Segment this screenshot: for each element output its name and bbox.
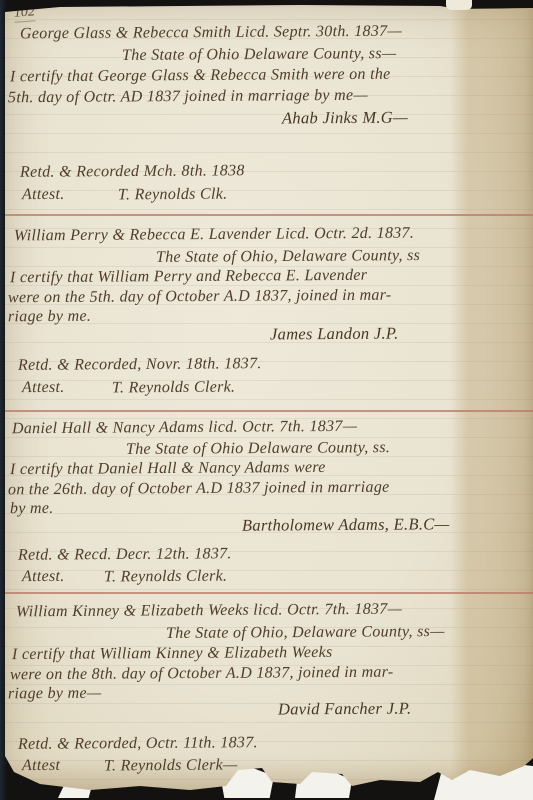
entry-separator-rule (5, 214, 533, 216)
entry-separator-rule (5, 410, 533, 412)
entry-3-attest-label: Attest. (22, 568, 65, 586)
entry-4-state-line: The State of Ohio, Delaware County, ss— (166, 623, 445, 643)
entry-2-signature: James Landon J.P. (270, 324, 399, 345)
entry-3-attest-name: T. Reynolds Clerk. (104, 568, 227, 587)
entry-4-attest-label: Attest (22, 757, 60, 775)
entry-1-signature: Ahab Jinks M.G— (282, 108, 408, 129)
entry-1-returned-line: Retd. & Recorded Mch. 8th. 1838 (20, 162, 245, 182)
entry-2-body-line-1: I certify that William Perry and Rebecca… (10, 267, 367, 287)
entry-3-body-line-2: on the 26th. day of October A.D 1837 joi… (8, 479, 390, 500)
entry-1-attest-name: T. Reynolds Clk. (118, 186, 228, 205)
entry-3-returned-line: Retd. & Recd. Decr. 12th. 1837. (18, 545, 232, 564)
ledger-scan: 102 George Glass & Rebecca Smith Licd. S… (0, 0, 533, 800)
entry-4-body-line-3: riage by me— (8, 685, 101, 704)
entry-separator-rule (5, 592, 533, 594)
entry-2-body-line-2: were on the 5th. day of October A.D 1837… (8, 287, 392, 308)
entry-2-body-line-3: riage by me. (8, 308, 91, 327)
entry-3-body-line-3: by me. (10, 500, 54, 518)
entry-1-body-line-1: I certify that George Glass & Rebecca Sm… (10, 66, 391, 87)
entry-2-returned-line: Retd. & Recorded, Novr. 18th. 1837. (18, 355, 262, 375)
entry-4-attest-name: T. Reynolds Clerk— (104, 757, 238, 776)
entry-3-body-line-1: I certify that Daniel Hall & Nancy Adams… (10, 459, 326, 479)
entry-1-header: George Glass & Rebecca Smith Licd. Septr… (20, 23, 402, 44)
entry-1-state-line: The State of Ohio Delaware County, ss— (122, 45, 396, 65)
entry-1-body-line-2: 5th. day of Octr. AD 1837 joined in marr… (8, 87, 368, 108)
entry-4-header: William Kinney & Elizabeth Weeks licd. O… (16, 601, 402, 622)
ledger-page: 102 George Glass & Rebecca Smith Licd. S… (0, 0, 533, 800)
entry-3-state-line: The State of Ohio Delaware County, ss. (126, 439, 390, 459)
page-number: 102 (13, 4, 35, 22)
entry-4-body-line-2: were on the 8th. day of October A.D 1837… (10, 664, 394, 685)
entry-2-attest-label: Attest. (22, 379, 65, 397)
entry-2-header: William Perry & Rebecca E. Lavender Licd… (14, 225, 414, 246)
entry-3-signature: Bartholomew Adams, E.B.C— (242, 514, 450, 535)
entry-4-returned-line: Retd. & Recorded, Octr. 11th. 1837. (18, 734, 258, 754)
page-tab-notch (446, 0, 472, 10)
entry-4-signature: David Fancher J.P. (278, 699, 412, 720)
entry-2-state-line: The State of Ohio, Delaware County, ss (156, 247, 420, 267)
entry-3-header: Daniel Hall & Nancy Adams licd. Octr. 7t… (12, 418, 357, 438)
entry-4-body-line-1: I certify that William Kinney & Elizabet… (12, 644, 333, 664)
entry-1-attest-label: Attest. (22, 186, 65, 204)
entry-2-attest-name: T. Reynolds Clerk. (112, 379, 235, 398)
